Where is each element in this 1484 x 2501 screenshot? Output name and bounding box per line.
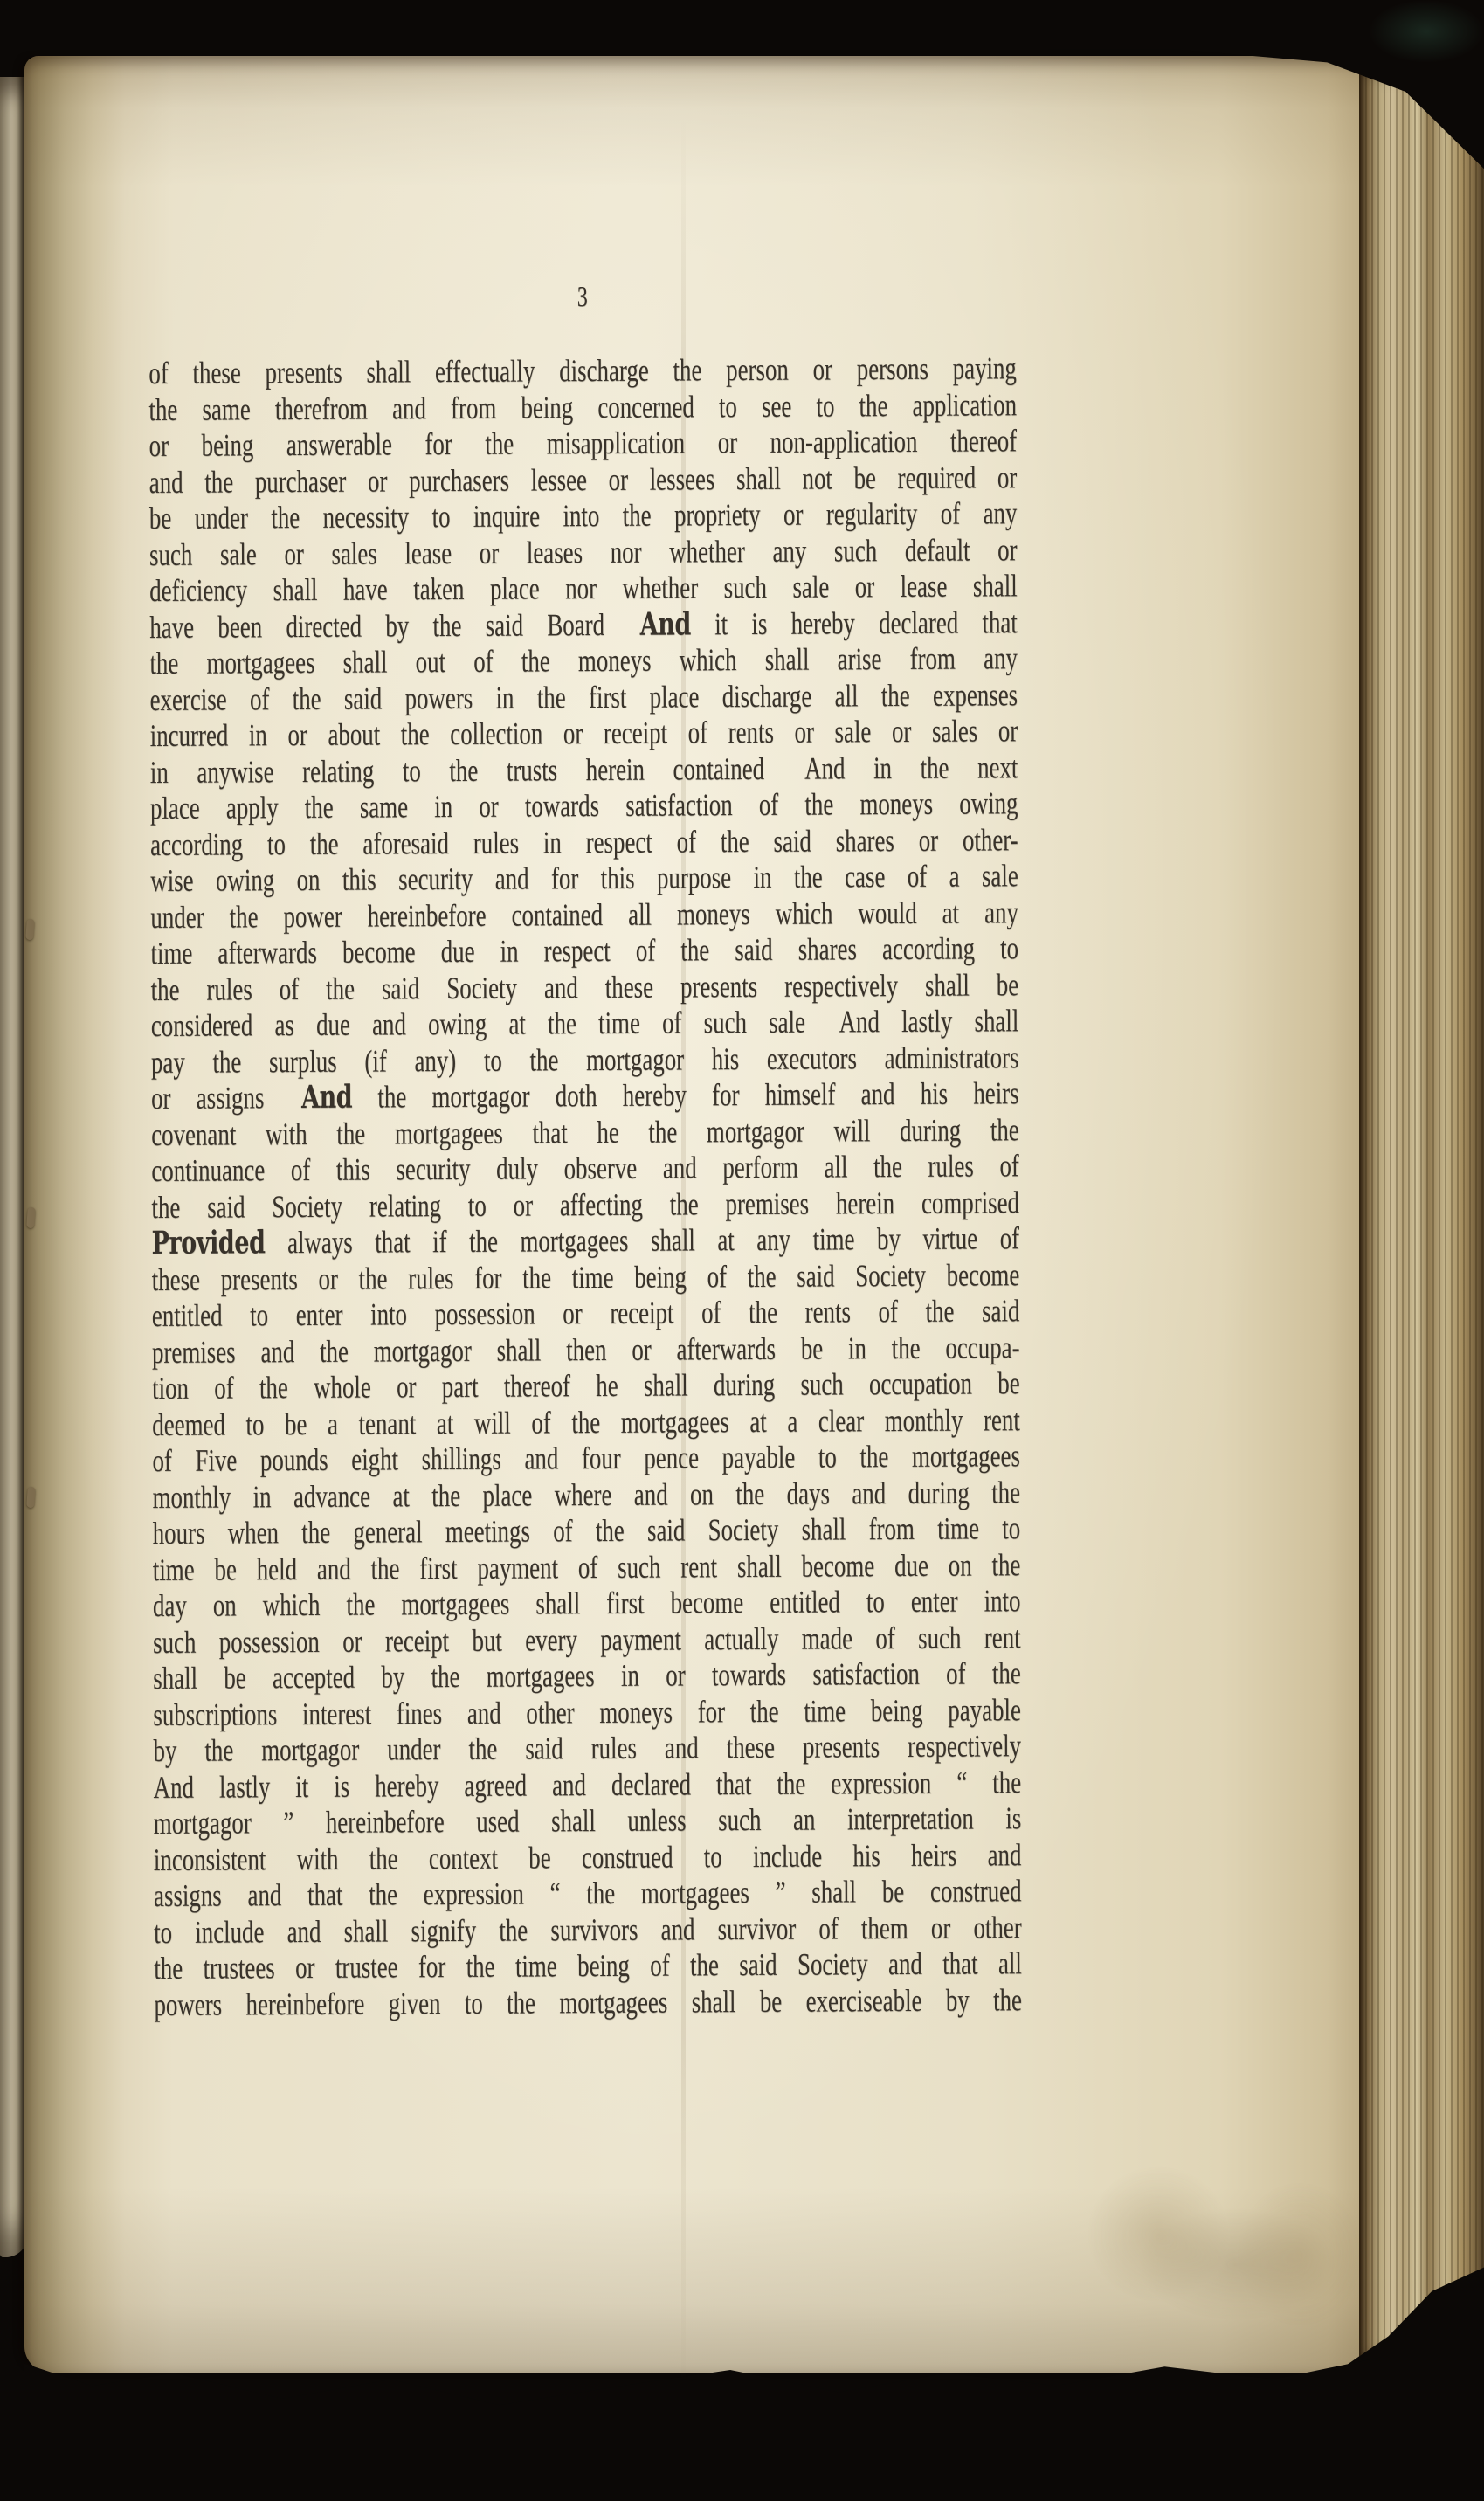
text-line: covenant with the mortgagees that he the…	[151, 1112, 1019, 1153]
text-line: under the power hereinbefore contained a…	[150, 895, 1018, 936]
text-line: assigns and that the expression “ the mo…	[154, 1873, 1022, 1914]
blackletter-word: And	[301, 1079, 352, 1116]
text-line: the said Society relating to or affectin…	[151, 1185, 1019, 1226]
page-number: 3	[148, 276, 1017, 316]
text-line: Provided always that if the mortgagees s…	[152, 1220, 1020, 1261]
text-line: considered as due and owing at the time …	[151, 1003, 1019, 1044]
text-line: of these presents shall effectually disc…	[148, 350, 1017, 391]
binding-stitch	[26, 1487, 36, 1509]
text-line: hours when the general meetings of the s…	[153, 1510, 1021, 1551]
text-line: day on which the mortgagees shall first …	[153, 1583, 1021, 1624]
text-line: according to the aforesaid rules in resp…	[150, 822, 1018, 863]
text-line: the rules of the said Society and these …	[151, 967, 1019, 1008]
text-line: continuance of this security duly observ…	[151, 1148, 1019, 1189]
text-line: entitled to enter into possession or rec…	[152, 1293, 1020, 1334]
page-text: 3 of these presents shall effectually di…	[148, 276, 1022, 2023]
text-line: mortgagor ” hereinbefore used shall unle…	[154, 1800, 1022, 1841]
text-line: pay the surplus (if any) to the mortgago…	[151, 1040, 1019, 1081]
text-line: place apply the same in or towards satis…	[150, 785, 1018, 826]
text-line: shall be accepted by the mortgagees in o…	[153, 1655, 1021, 1696]
binding-stitch	[26, 1207, 36, 1229]
text-line: inconsistent with the context be constru…	[154, 1837, 1022, 1878]
text-line: And lastly it is hereby agreed and decla…	[154, 1765, 1022, 1806]
text-line: subscriptions interest fines and other m…	[153, 1692, 1021, 1733]
text-line: wise owing on this security and for this…	[150, 858, 1018, 899]
text-line: time afterwards become due in respect of…	[150, 930, 1018, 971]
text-line: powers hereinbefore given to the mortgag…	[154, 1982, 1022, 2023]
text-line: deficiency shall have taken place nor wh…	[149, 568, 1018, 609]
blackletter-word: And	[640, 605, 691, 642]
paper-smudge	[1064, 2144, 1378, 2345]
text-line: premises and the mortgagor shall then or…	[152, 1330, 1020, 1371]
text-line: these presents or the rules for the time…	[152, 1257, 1020, 1298]
text-line: time be held and the first payment of su…	[153, 1547, 1021, 1588]
text-line: such possession or receipt but every pay…	[153, 1620, 1021, 1661]
text-line: or being answerable for the misapplicati…	[149, 423, 1018, 464]
text-line: be under the necessity to inquire into t…	[149, 495, 1018, 536]
text-line: deemed to be a tenant at will of the mor…	[152, 1402, 1020, 1443]
text-line: to include and shall signify the survivo…	[154, 1910, 1022, 1951]
binding-stitch	[25, 919, 35, 941]
text-line: in anywise relating to the trusts herein…	[150, 750, 1018, 791]
text-line: or assigns And the mortgagor doth hereby…	[151, 1075, 1019, 1116]
text-line: the mortgagees shall out of the moneys w…	[149, 640, 1018, 681]
text-line: have been directed by the said Board And…	[149, 605, 1018, 646]
text-line: the trustees or trustee for the time bei…	[154, 1945, 1022, 1986]
blackletter-word: Provided	[152, 1224, 266, 1261]
text-line: tion of the whole or part thereof he sha…	[152, 1365, 1020, 1406]
text-line: the same therefrom and from being concer…	[148, 387, 1017, 428]
fore-edge-pages	[1359, 61, 1484, 2374]
text-line: and the purchaser or purchasers lessee o…	[149, 459, 1018, 501]
text-line: incurred in or about the collection or r…	[150, 713, 1018, 754]
book-photo: 3 of these presents shall effectually di…	[0, 0, 1484, 2501]
text-line: exercise of the said powers in the first…	[149, 677, 1018, 718]
text-line: monthly in advance at the place where an…	[152, 1475, 1020, 1516]
text-line: by the mortgagor under the said rules an…	[153, 1728, 1021, 1769]
text-line: of Five pounds eight shillings and four …	[152, 1438, 1020, 1479]
text-line: such sale or sales lease or leases nor w…	[149, 532, 1018, 573]
page-text-lines: of these presents shall effectually disc…	[148, 350, 1022, 2023]
